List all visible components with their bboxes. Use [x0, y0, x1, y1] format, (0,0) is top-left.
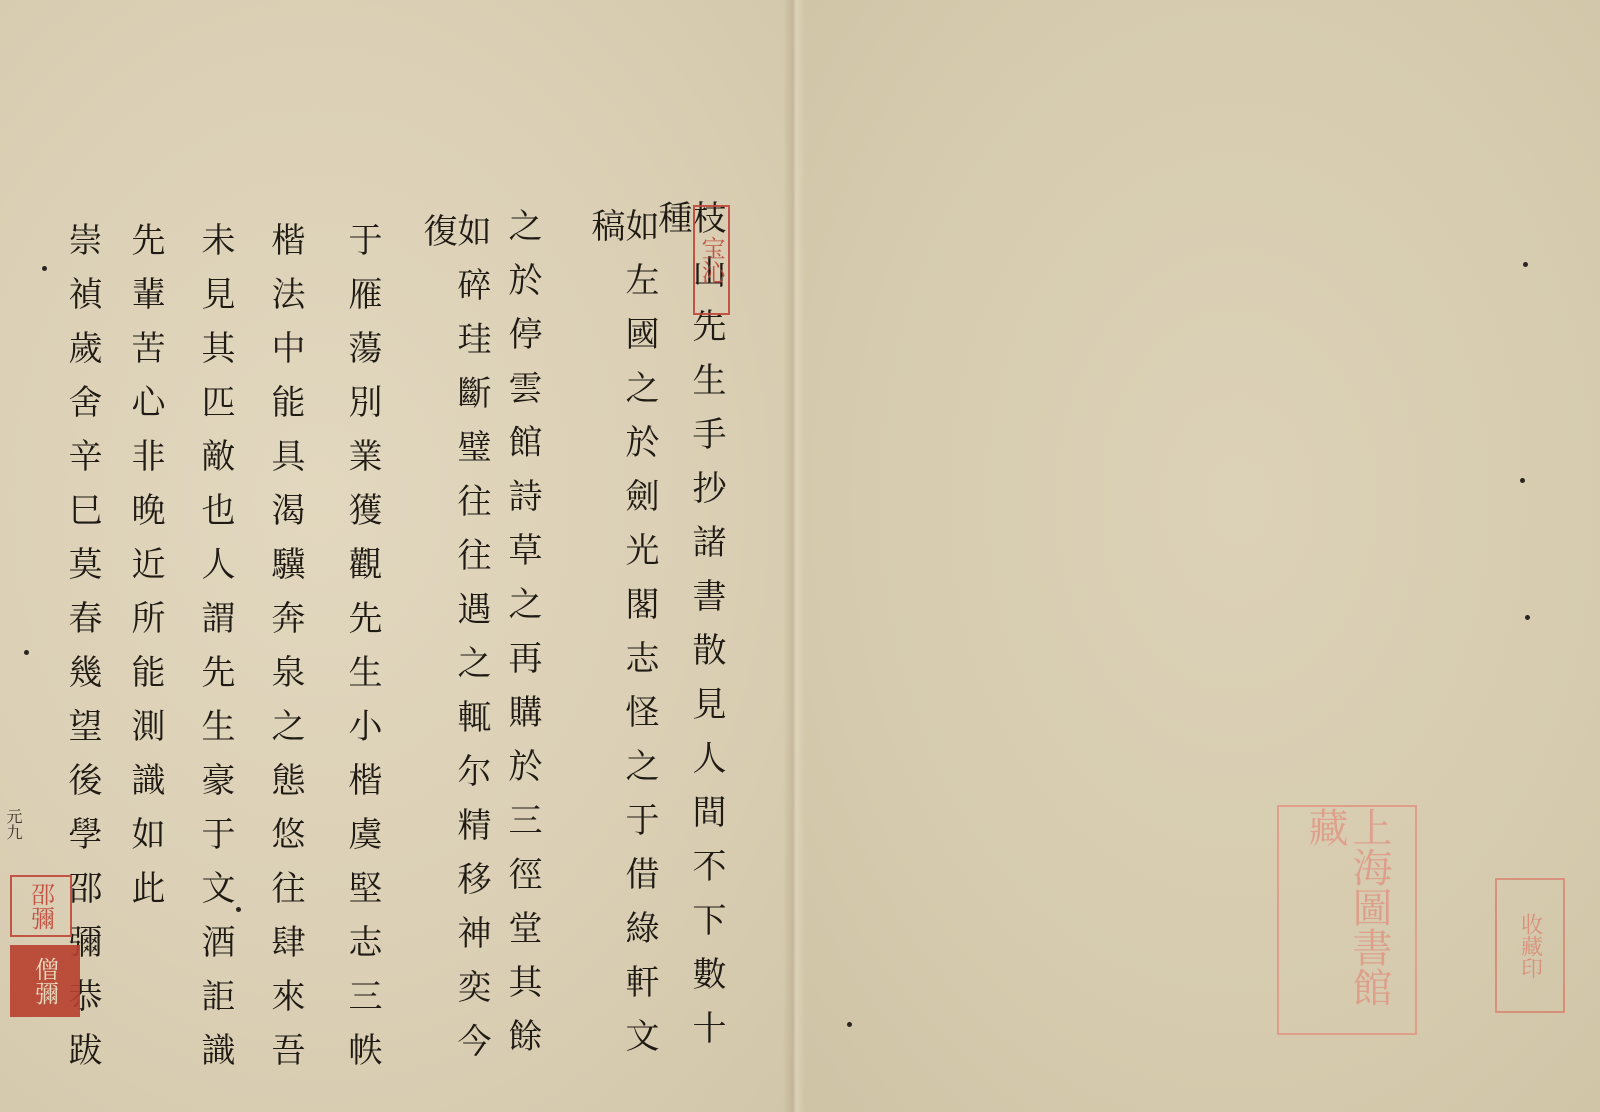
text-column-1: 枝山先生手抄諸書散見人間不下數十種 — [655, 200, 723, 1112]
ink-speck — [847, 1022, 852, 1027]
seal-bottom-lower: 僧彌 — [10, 945, 80, 1017]
ink-speck — [24, 650, 29, 655]
text-column-2: 如左國之於劍光閣志怪之于借綠軒文稿 — [588, 208, 656, 1112]
margin-note: 元九 — [2, 808, 25, 840]
right-page: 上海圖書館藏 收藏印 — [795, 0, 1600, 1112]
page-fold-gutter — [783, 0, 805, 1112]
ink-speck — [1525, 615, 1530, 620]
text-column-6: 楷法中能具渴驥奔泉之態悠往肆來吾 — [268, 222, 302, 1086]
text-column-4: 如碎珪斷璧往往遇之輒尔精移神奕今復 — [420, 213, 488, 1112]
ink-speck — [236, 907, 241, 912]
ink-speck — [42, 266, 47, 271]
ink-speck — [1520, 478, 1525, 483]
text-column-3: 之於停雲館詩草之再購於三徑堂其餘 — [505, 208, 539, 1072]
seal-library: 上海圖書館藏 — [1277, 805, 1417, 1035]
left-page: 枝山先生手抄諸書散見人間不下數十種 如左國之於劍光閣志怪之于借綠軒文稿 之於停雲… — [0, 0, 795, 1112]
seal-bottom-upper: 邵彌 — [10, 875, 72, 937]
text-column-7: 未見其匹敵也人謂先生豪于文酒詎識 — [198, 222, 232, 1086]
seal-top: 宝沁 — [693, 205, 730, 315]
text-column-5: 于雁蕩別業獲觀先生小楷虞堅志三帙 — [345, 222, 379, 1086]
seal-right-edge: 收藏印 — [1495, 878, 1565, 1013]
ink-speck — [1523, 262, 1528, 267]
text-column-8: 先輩苦心非晚近所能測識如此 — [128, 222, 162, 924]
